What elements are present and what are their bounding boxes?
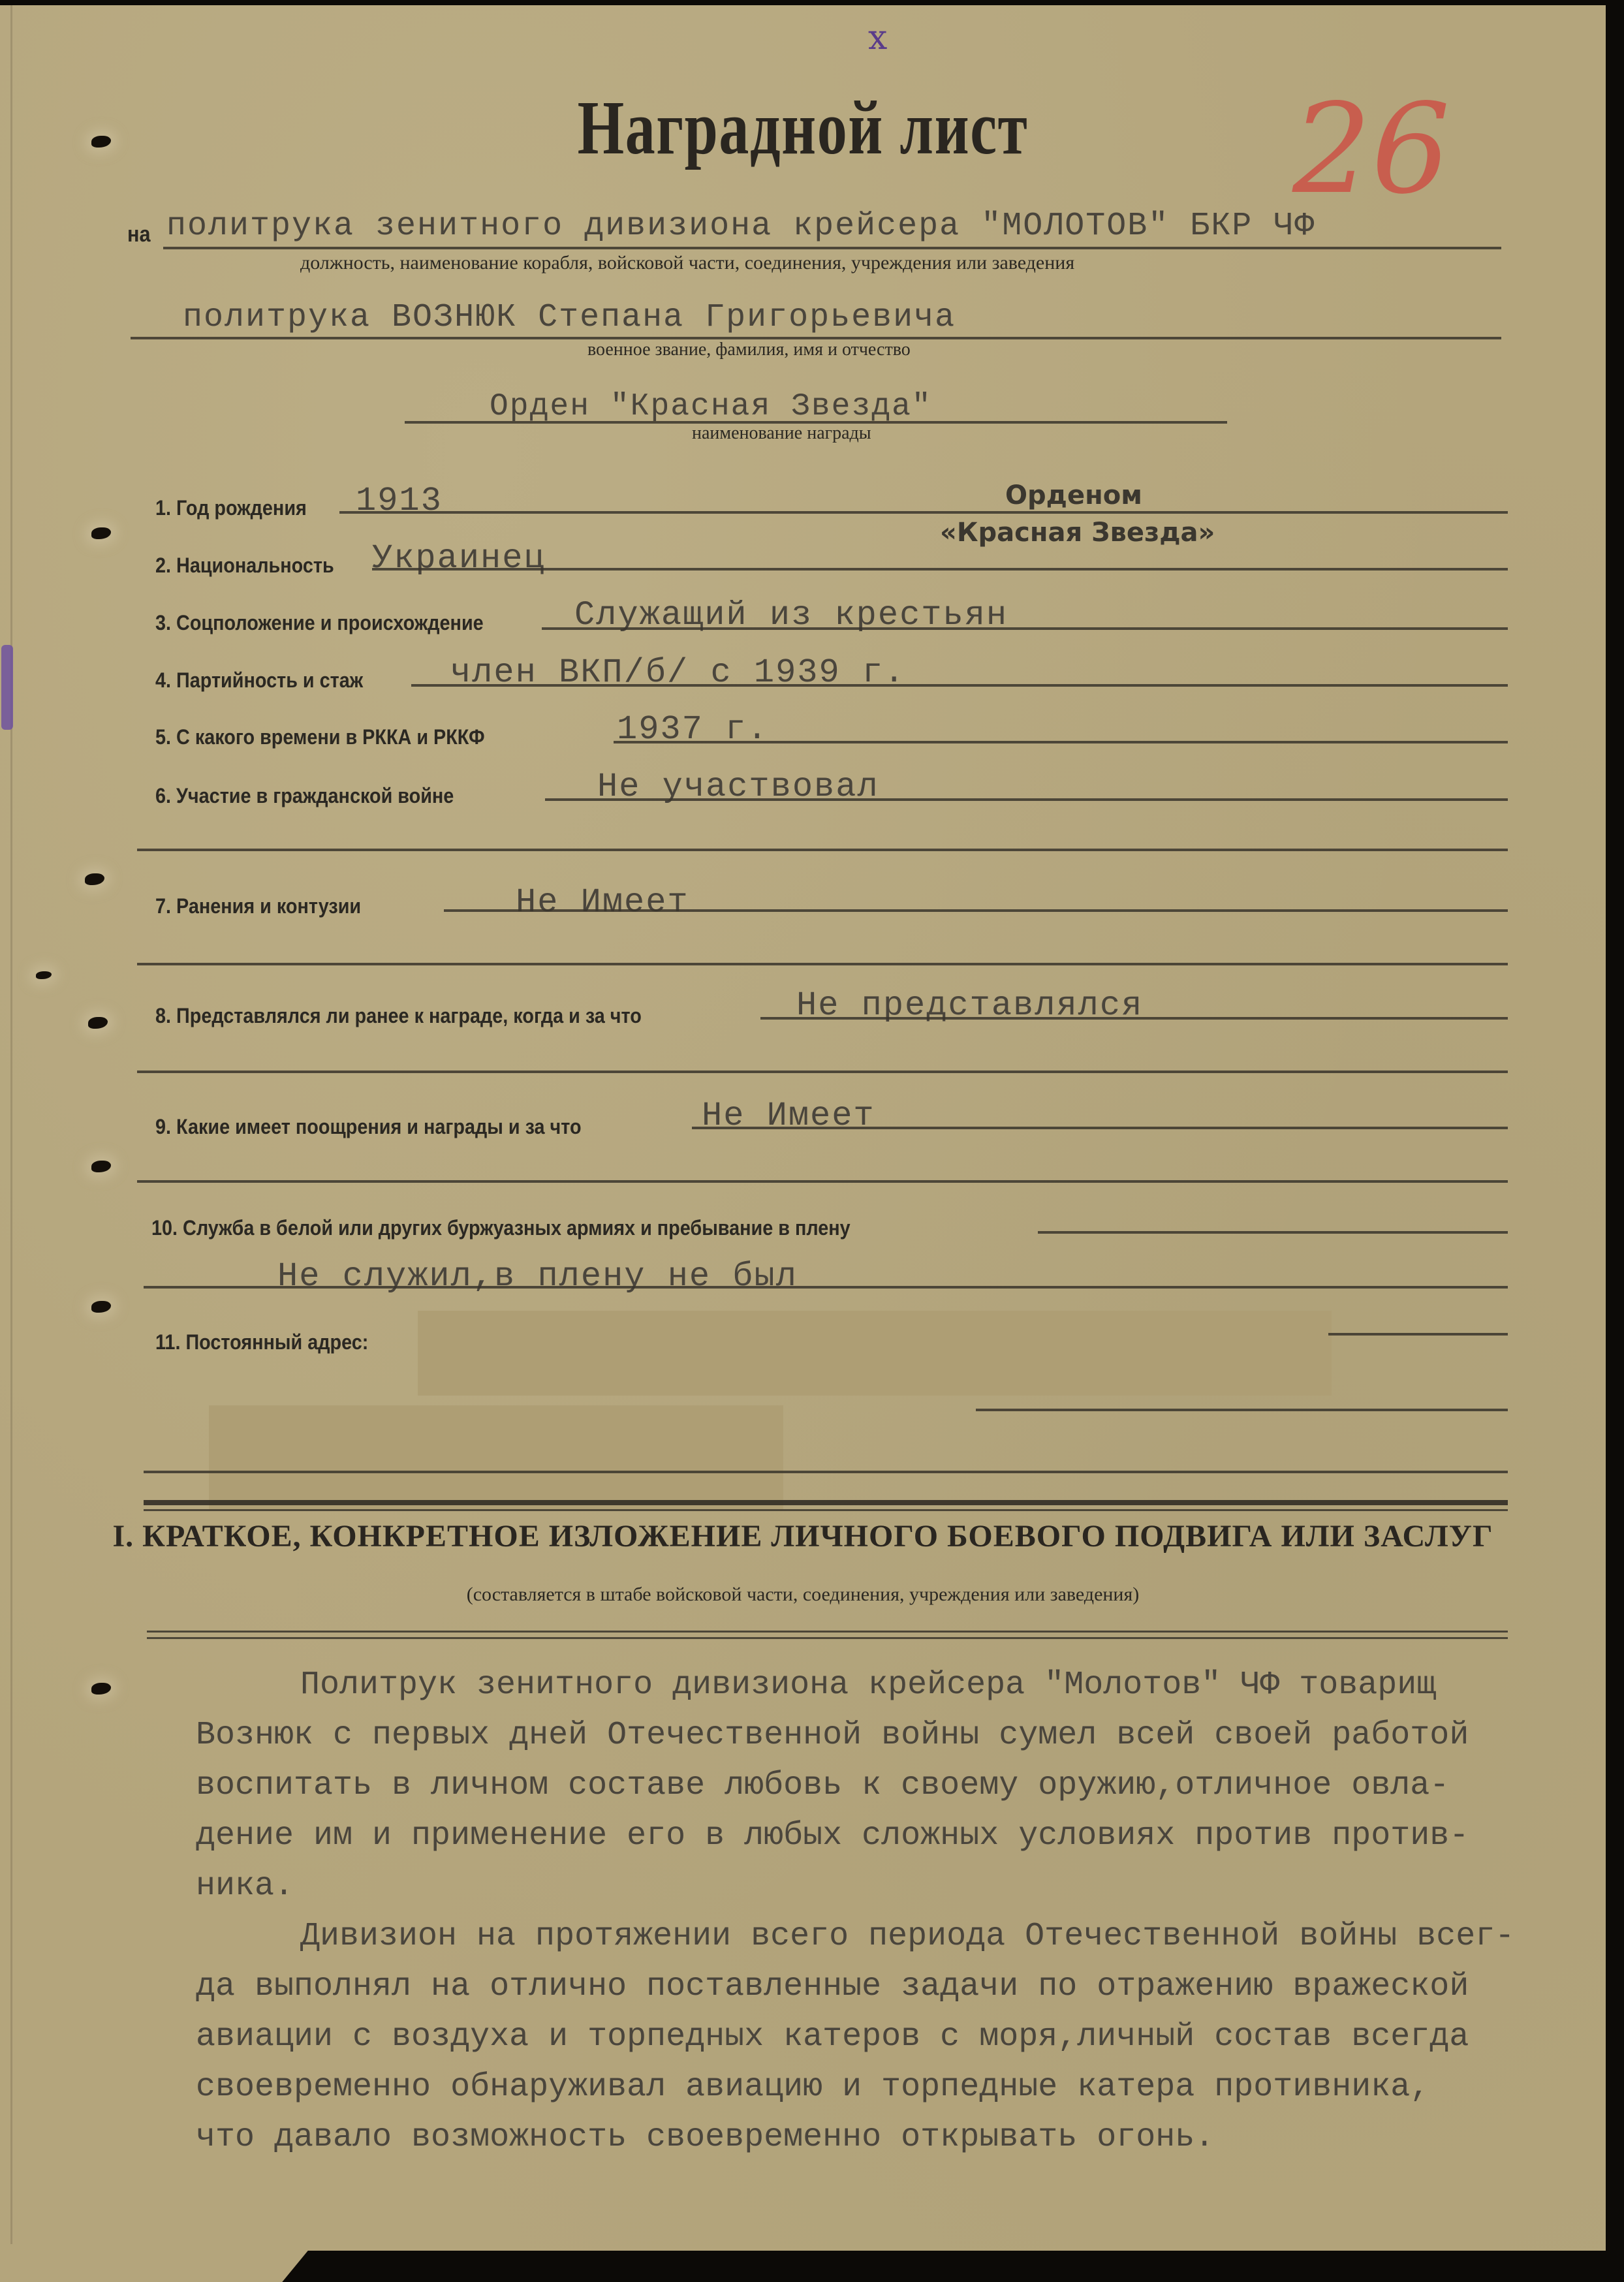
field-label: 8. Представлялся ли ранее к награде, ког…	[155, 1004, 642, 1028]
position-caption: должность, наименование корабля, войсков…	[300, 252, 1074, 274]
field-value: Не Имеет	[516, 883, 689, 922]
punch-hole-icon	[91, 136, 111, 148]
field-label: 1. Год рождения	[155, 496, 307, 520]
field-value: Не служил,в плену не был	[277, 1257, 798, 1296]
punch-hole-icon	[36, 971, 52, 979]
field-label-text: Какие имеет поощрения и награды и за что	[176, 1115, 582, 1138]
section-divider-bottom-2	[147, 1637, 1508, 1639]
field-label: 9. Какие имеет поощрения и награды и за …	[155, 1115, 582, 1139]
narrative-line: своевременно обнаруживал авиацию и торпе…	[196, 2062, 1554, 2112]
name-caption: военное звание, фамилия, имя и отчество	[587, 339, 911, 360]
punch-hole-icon	[91, 1161, 111, 1172]
field-value: Не Имеет	[702, 1097, 875, 1135]
award-caption: наименование награды	[692, 423, 871, 444]
field-label-text: Служба в белой или других буржуазных арм…	[183, 1216, 851, 1240]
narrative-line: Политрук зенитного дивизиона крейсера "М…	[196, 1660, 1554, 1710]
field-label: 4. Партийность и стаж	[155, 668, 363, 693]
section-heading: I. КРАТКОЕ, КОНКРЕТНОЕ ИЗЛОЖЕНИЕ ЛИЧНОГО…	[0, 1518, 1606, 1554]
narrative-line: что давало возможность своевременно откр…	[196, 2112, 1554, 2163]
field-underline	[444, 909, 1508, 912]
field-number: 11.	[155, 1330, 180, 1354]
field-underline	[760, 1017, 1508, 1020]
redacted-address-block	[209, 1405, 783, 1510]
field-underline-2	[976, 1409, 1508, 1411]
field-label: 11. Постоянный адрес:	[155, 1330, 368, 1354]
narrative-line: дение им и применение его в любых сложны…	[196, 1811, 1554, 1861]
field-underline	[542, 627, 1508, 630]
field-label-text: Партийность и стаж	[176, 668, 363, 692]
field-number: 2.	[155, 554, 171, 577]
section-subheading: (составляется в штабе войсковой части, с…	[0, 1584, 1606, 1606]
field-value: 1913	[356, 482, 443, 520]
field-label: 5. С какого времени в РККА и РККФ	[155, 725, 485, 749]
field-underline-3	[144, 1471, 1508, 1473]
field-underline	[339, 511, 1508, 514]
field-underline-2	[137, 963, 1508, 965]
award-stamp-line1: Орденом	[1005, 480, 1142, 510]
handwritten-page-number: 26	[1292, 77, 1450, 221]
narrative-line: авиации с воздуха и торпедных катеров с …	[196, 2012, 1554, 2062]
narrative-line: ника.	[196, 1861, 1554, 1911]
field-label-text: Постоянный адрес:	[185, 1330, 368, 1354]
section-divider-top-thin	[144, 1509, 1508, 1511]
document-title: Наградной лист	[177, 84, 1429, 172]
paper-fold-line	[10, 5, 12, 2251]
punch-hole-icon	[91, 1683, 111, 1695]
award-value: Орден "Красная Звезда"	[490, 389, 932, 424]
field-number: 3.	[155, 611, 171, 634]
field-number: 6.	[155, 784, 171, 807]
field-underline-2	[137, 1071, 1508, 1073]
narrative-line: Вознюк с первых дней Отечественной войны…	[196, 1710, 1554, 1760]
field-number: 4.	[155, 668, 171, 692]
field-label-text: Год рождения	[176, 496, 307, 520]
field-underline	[411, 684, 1508, 687]
field-label: 7. Ранения и контузии	[155, 894, 361, 918]
field-underline	[692, 1127, 1508, 1129]
field-underline	[1328, 1333, 1508, 1336]
field-value: Украинец	[372, 539, 546, 578]
position-value: политрука зенитного дивизиона крейсера "…	[166, 208, 1315, 245]
redacted-address-block	[418, 1311, 1332, 1396]
section-divider-bottom	[147, 1631, 1508, 1633]
punch-hole-icon	[91, 1301, 111, 1313]
field-underline	[614, 741, 1508, 743]
award-stamp-line2: «Красная Звезда»	[940, 518, 1215, 548]
punch-hole-icon	[91, 527, 111, 539]
field-label-text: Участие в гражданской войне	[176, 784, 454, 807]
field-number: 5.	[155, 725, 171, 749]
field-underline-2	[137, 1180, 1508, 1183]
field-number: 8.	[155, 1004, 171, 1027]
recipient-prefix: на	[127, 222, 151, 247]
field-label: 6. Участие в гражданской войне	[155, 784, 454, 808]
field-underline-2	[144, 1286, 1508, 1289]
punch-hole-icon	[88, 1017, 108, 1029]
field-label: 10. Служба в белой или других буржуазных…	[151, 1216, 851, 1240]
name-value: политрука ВОЗНЮК Степана Григорьевича	[183, 299, 956, 336]
field-label-text: Представлялся ли ранее к награде, когда …	[176, 1004, 642, 1027]
award-sheet-page: x Наградной лист 26 на политрука зенитно…	[0, 5, 1606, 2251]
field-label-text: Соцположение и происхождение	[176, 611, 484, 634]
field-underline	[372, 568, 1508, 570]
field-label-text: Ранения и контузии	[176, 894, 361, 918]
field-underline	[1038, 1231, 1508, 1234]
punch-hole-icon	[85, 873, 104, 885]
narrative-line: Дивизион на протяжении всего периода Оте…	[196, 1911, 1554, 1962]
field-label: 2. Национальность	[155, 554, 334, 578]
position-underline	[163, 247, 1501, 249]
field-number: 9.	[155, 1115, 171, 1138]
field-underline	[545, 798, 1508, 801]
field-number: 10.	[151, 1216, 178, 1240]
narrative-line: воспитать в личном составе любовь к свое…	[196, 1760, 1554, 1811]
field-number: 7.	[155, 894, 171, 918]
field-label-text: Национальность	[176, 554, 334, 577]
purple-pencil-mark	[1, 645, 13, 730]
section-divider-top	[144, 1500, 1508, 1505]
narrative-line: да выполнял на отлично поставленные зада…	[196, 1962, 1554, 2012]
handwritten-top-mark: x	[868, 18, 887, 57]
field-number: 1.	[155, 496, 171, 520]
field-label-text: С какого времени в РККА и РККФ	[176, 725, 485, 749]
merit-narrative: Политрук зенитного дивизиона крейсера "М…	[196, 1660, 1554, 2163]
field-label: 3. Соцположение и происхождение	[155, 611, 484, 635]
field-underline-2	[137, 849, 1508, 851]
